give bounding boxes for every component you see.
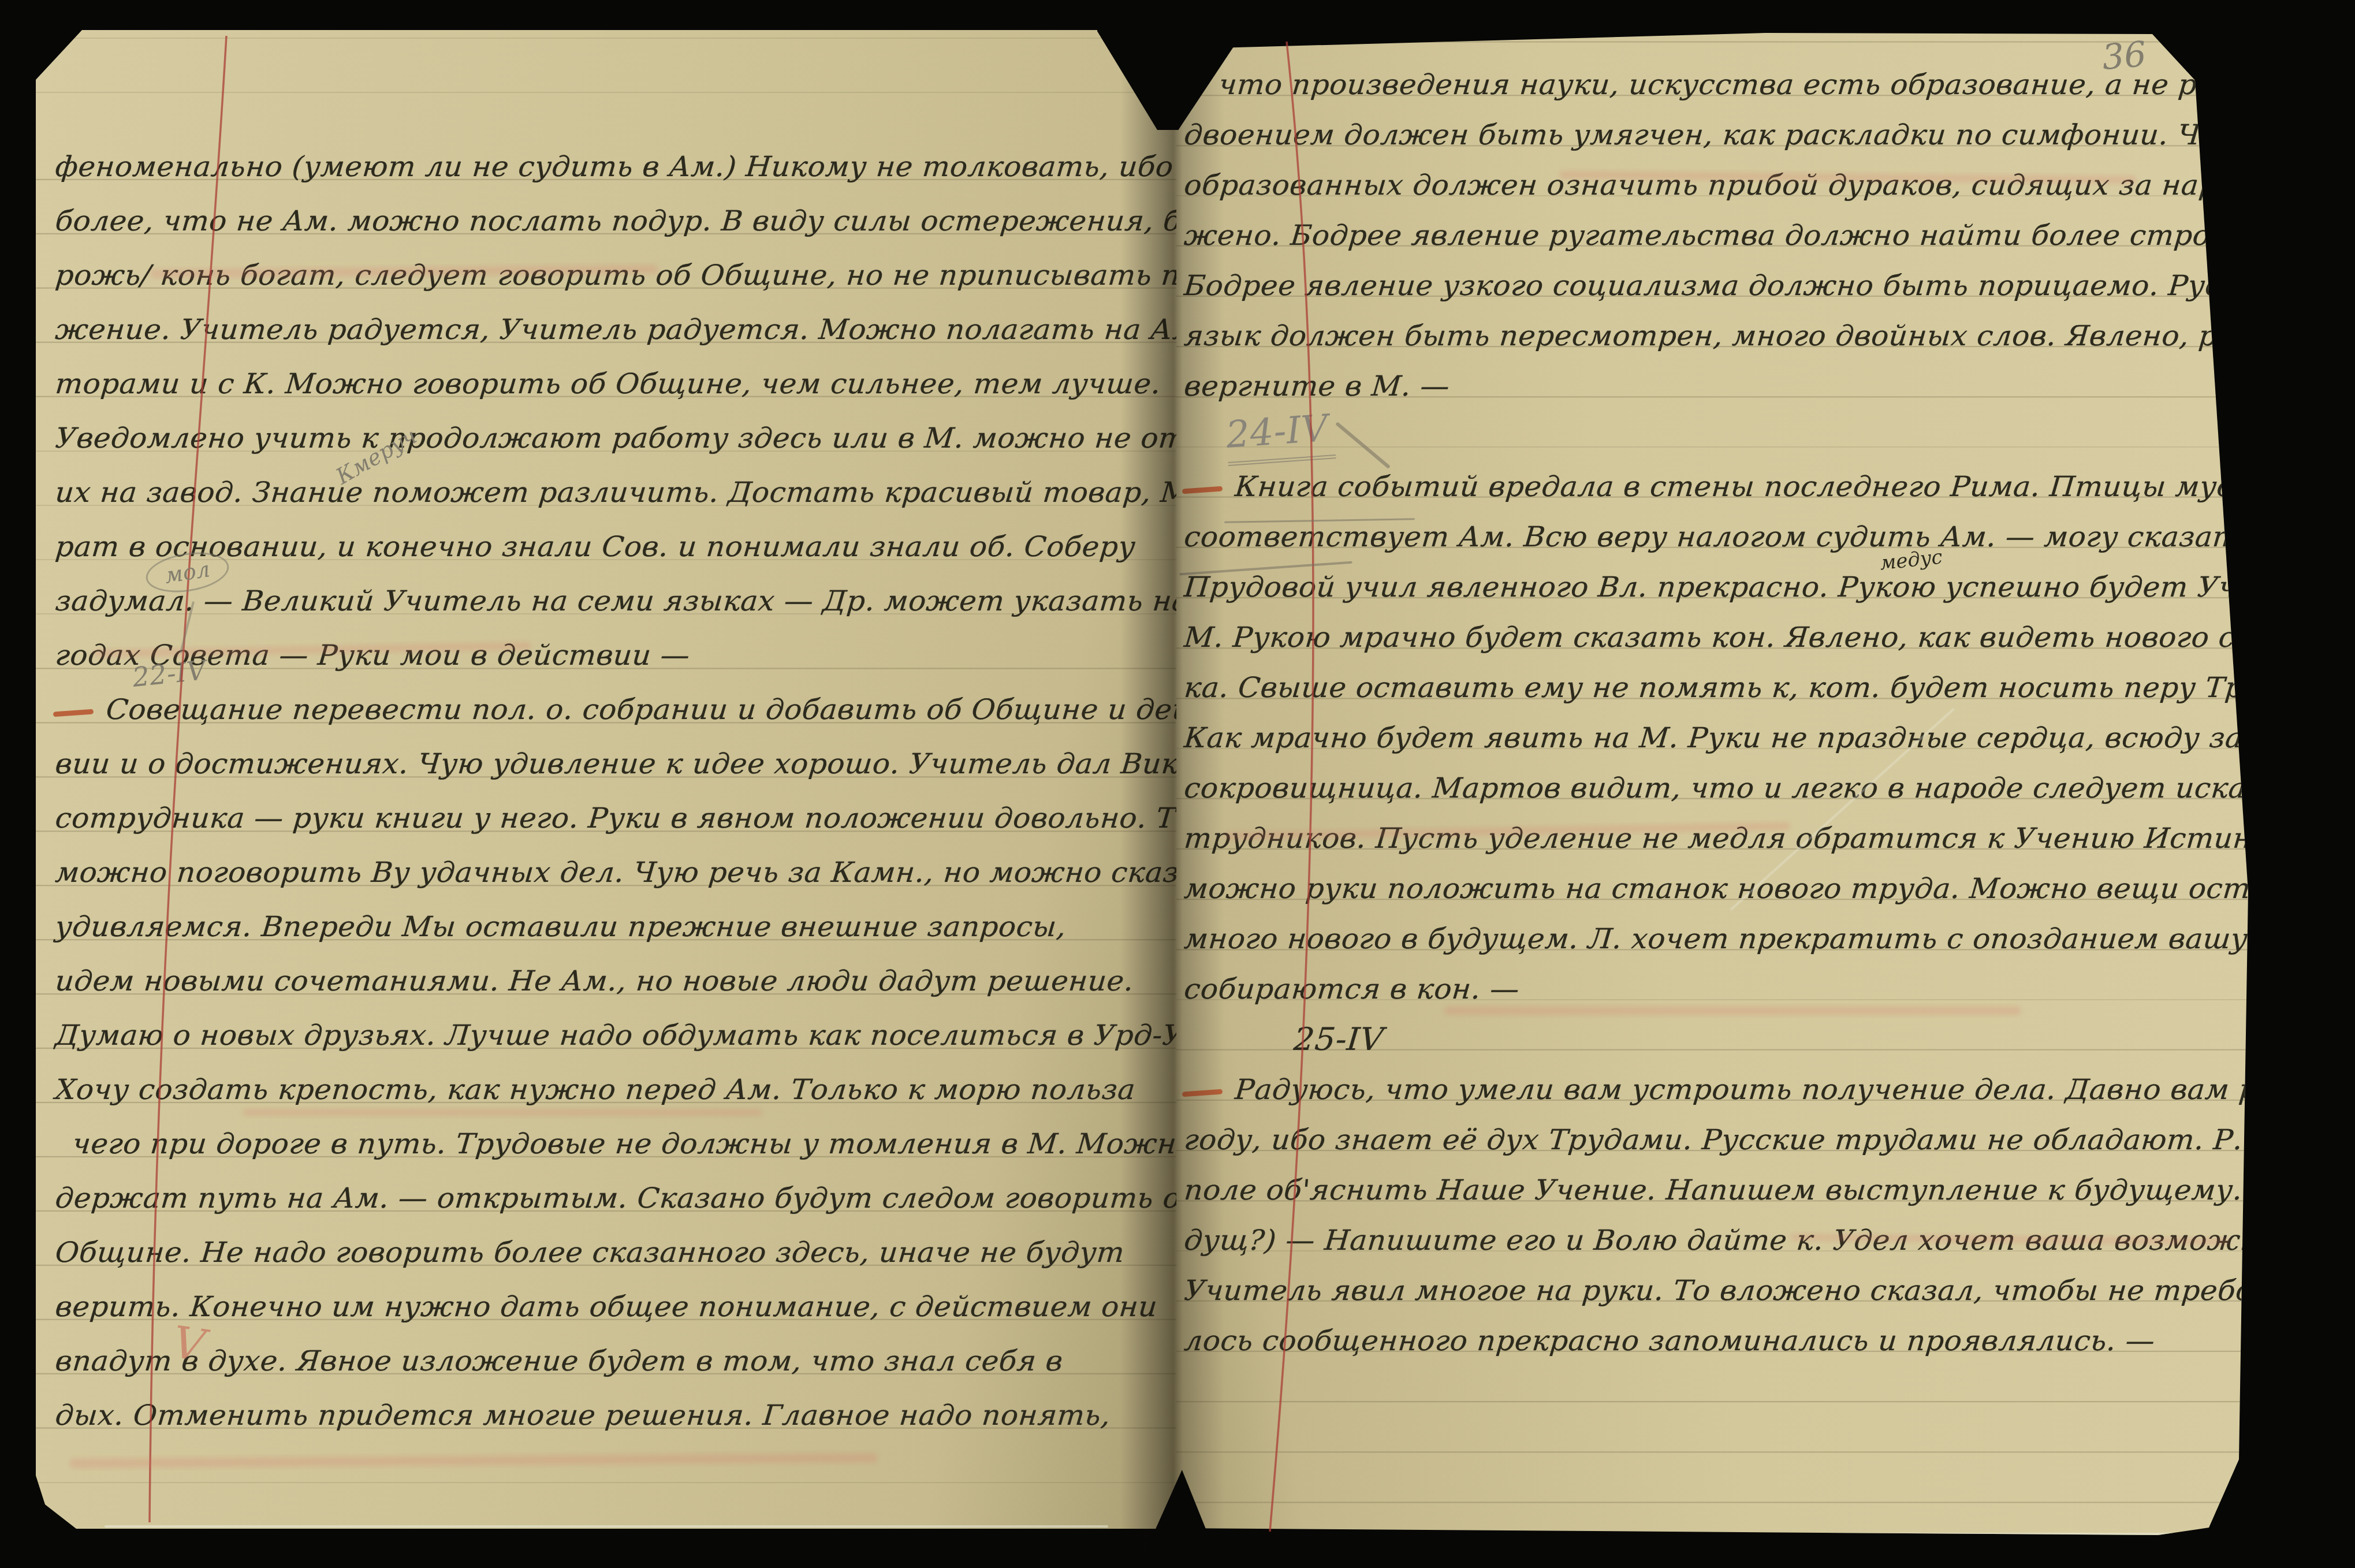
handwritten-text: держат путь на Ам. — открытым. Сказано б… [53,1172,1176,1224]
handwritten-text: лось сообщенного прекрасно запоминались … [1182,1317,2157,1365]
handwritten-text: году, ибо знает её дух Трудами. Русские … [1182,1116,2250,1164]
handwritten-text: поле об'яснить Наше Учение. Напишем выст… [1182,1166,2250,1215]
handwritten-line: много нового в будущем. Л. хочет прекрат… [1182,913,2249,963]
handwritten-text: М. Рукою мрачно будет сказать кон. Явлен… [1182,613,2250,662]
handwritten-line: ка. Свыше оставить ему не помять к, кот.… [1182,662,2249,712]
handwritten-text: Общине. Не надо говорить более сказанног… [53,1226,1127,1279]
right-page: что произведения науки, искусства есть о… [1176,26,2250,1536]
left-page-text: феноменально (умеют ли не судить в Ам.) … [53,139,1174,1442]
page-number-pencil: 36 [2100,34,2148,78]
handwritten-text: более, что не Ам. можно послать подур. В… [53,195,1176,247]
handwritten-line: дых. Отменить придется многие решения. Г… [53,1387,1174,1442]
handwritten-line: двоением должен быть умягчен, как раскла… [1182,109,2249,159]
handwritten-line: М. Рукою мрачно будет сказать кон. Явлен… [1182,612,2249,662]
handwritten-line: рожь/ конь богат, следует говорить об Об… [53,247,1174,301]
handwritten-text: вии и о достижениях. Чую удивление к иде… [53,738,1176,790]
handwritten-text: Уведомлено учить к продолжают работу зде… [53,412,1176,464]
handwritten-text: двоением должен быть умягчен, как раскла… [1182,111,2250,159]
handwritten-text: жено. Бодрее явление ругательства должно… [1182,211,2250,260]
handwritten-text: 25-IV [1292,1015,1386,1064]
handwritten-line: поле об'яснить Наше Учение. Напишем выст… [1182,1164,2249,1215]
handwritten-line: Совещание перевести пол. о. собрании и д… [53,681,1174,736]
handwritten-line: держат путь на Ам. — открытым. Сказано б… [53,1170,1174,1224]
handwritten-text: феноменально (умеют ли не судить в Ам.) … [53,140,1176,193]
handwritten-text: их на завод. Знание поможет различить. Д… [53,466,1176,519]
handwritten-line: лось сообщенного прекрасно запоминались … [1182,1315,2249,1365]
handwritten-line: Как мрачно будет явить на М. Руки не пра… [1182,712,2249,762]
handwritten-line: жение. Учитель радуется, Учитель радуетс… [53,301,1174,356]
handwritten-text: вергните в М. — [1182,362,1452,411]
handwritten-text: Прудовой учил явленного Вл. прекрасно. Р… [1182,563,2250,612]
handwritten-line: более, что не Ам. можно послать подур. В… [53,193,1174,247]
handwritten-line: вергните в М. — [1182,360,2249,411]
handwritten-text: Совещание перевести пол. о. собрании и д… [104,683,1176,736]
handwritten-line: Бодрее явление узкого социализма должно … [1182,260,2249,310]
handwritten-line: собираются в кон. — [1182,963,2249,1014]
handwritten-line: впадут в духе. Явное изложение будет в т… [53,1333,1174,1387]
handwritten-text: сокровищница. Мартов видит, что и легко … [1182,764,2250,813]
handwritten-line: соответствует Ам. Всю веру налогом судит… [1182,511,2249,561]
handwritten-line: Хочу создать крепость, как нужно перед А… [53,1062,1174,1116]
red-margin-dash [1182,486,1223,494]
handwritten-line: сотрудника — руки книги у него. Руки в я… [53,790,1174,844]
handwritten-text: верить. Конечно им нужно дать общее пони… [53,1280,1160,1333]
handwritten-line: Радуюсь, что умели вам устроить получени… [1182,1064,2249,1114]
handwritten-text: удивляемся. Впереди Мы оставили прежние … [53,900,1068,953]
handwritten-text: Бодрее явление узкого социализма должно … [1182,262,2250,310]
handwritten-line: что произведения науки, искусства есть о… [1182,59,2249,109]
handwritten-line: трудников. Пусть уделение не медля обрат… [1182,813,2249,863]
handwritten-line: идем новыми сочетаниями. Не Ам., но новы… [53,953,1174,1007]
handwritten-line: можно поговорить Ву удачных дел. Чую реч… [53,844,1174,899]
handwritten-text: собираются в кон. — [1182,965,1522,1014]
handwritten-text: Учитель явил многое на руки. То вложено … [1182,1267,2250,1315]
handwritten-line: Учитель явил многое на руки. То вложено … [1182,1265,2249,1315]
red-margin-dash [1182,1089,1223,1097]
handwritten-line: задумал. — Великий Учитель на семи языка… [53,573,1174,627]
handwritten-line: Уведомлено учить к продолжают работу зде… [53,410,1174,464]
date-marker: 25-IV [1182,1014,2249,1064]
handwritten-line: язык должен быть пересмотрен, много двой… [1182,310,2249,360]
handwritten-line: удивляемся. Впереди Мы оставили прежние … [53,899,1174,953]
handwritten-text: Как мрачно будет явить на М. Руки не пра… [1182,714,2250,762]
handwritten-line: году, ибо знает её дух Трудами. Русские … [1182,1114,2249,1164]
handwritten-line: дущ?) — Напишите его и Волю дайте к. Уде… [1182,1215,2249,1265]
handwritten-line: жено. Бодрее явление ругательства должно… [1182,210,2249,260]
handwritten-text: 24-IV [1224,403,1336,466]
handwritten-text: ка. Свыше оставить ему не помять к, кот.… [1182,664,2250,712]
handwritten-line: вии и о достижениях. Чую удивление к иде… [53,736,1174,790]
handwritten-line: Прудовой учил явленного Вл. прекрасно. Р… [1182,561,2249,612]
handwritten-text: чего при дороге в путь. Трудовые не долж… [70,1118,1176,1170]
left-page: феноменально (умеют ли не судить в Ам.) … [36,30,1176,1529]
handwritten-text: трудников. Пусть уделение не медля обрат… [1182,814,2250,863]
handwritten-text: задумал. — Великий Учитель на семи языка… [53,575,1176,627]
handwritten-text: много нового в будущем. Л. хочет прекрат… [1182,915,2250,963]
handwritten-text: можно поговорить Ву удачных дел. Чую реч… [53,846,1176,899]
handwritten-line: образованных должен означить прибой дура… [1182,159,2249,210]
handwritten-text: Радуюсь, что умели вам устроить получени… [1233,1066,2250,1114]
handwritten-text: язык должен быть пересмотрен, много двой… [1182,312,2250,360]
handwritten-text: сотрудника — руки книги у него. Руки в я… [53,792,1176,844]
handwritten-text: образованных должен означить прибой дура… [1182,161,2250,210]
handwritten-text: торами и с К. Можно говорить об Общине, … [53,357,1163,410]
handwritten-text: идем новыми сочетаниями. Не Ам., но новы… [53,955,1136,1007]
handwritten-line: сокровищница. Мартов видит, что и легко … [1182,762,2249,813]
handwritten-line: верить. Конечно им нужно дать общее пони… [53,1279,1174,1333]
handwritten-text: дых. Отменить придется многие решения. Г… [53,1389,1113,1442]
handwritten-text: Книга событий вредала в стены последнего… [1233,463,2250,511]
handwritten-text: что произведения науки, искусства есть о… [1217,61,2250,109]
handwritten-line: Книга событий вредала в стены последнего… [1182,461,2249,511]
handwritten-text: Хочу создать крепость, как нужно перед А… [53,1063,1138,1116]
right-page-text: что произведения науки, искусства есть о… [1182,59,2249,1365]
handwritten-line: феноменально (умеют ли не судить в Ам.) … [53,139,1174,193]
handwritten-line: Думаю о новых друзьях. Лучше надо обдума… [53,1007,1174,1062]
red-margin-dash [53,709,94,717]
handwritten-line: их на завод. Знание поможет различить. Д… [53,464,1174,519]
handwritten-text: дущ?) — Напишите его и Волю дайте к. Уде… [1182,1216,2250,1265]
handwritten-text: жение. Учитель радуется, Учитель радуетс… [53,303,1176,356]
handwritten-line: Общине. Не надо говорить более сказанног… [53,1224,1174,1279]
handwritten-text: Думаю о новых друзьях. Лучше надо обдума… [53,1009,1176,1062]
handwritten-line: годах Совета — Руки мои в действии — [53,627,1174,681]
notebook-scan: феноменально (умеют ли не судить в Ам.) … [0,0,2355,1568]
handwritten-line: торами и с К. Можно говорить об Общине, … [53,356,1174,410]
handwritten-text: можно руки положить на станок нового тру… [1182,865,2250,913]
page-edge-highlight [1241,1533,2186,1535]
handwritten-text: рожь/ конь богат, следует говорить об Об… [53,249,1176,301]
handwritten-line: чего при дороге в путь. Трудовые не долж… [53,1116,1174,1170]
date-marker: 24-IV [1182,411,2249,461]
page-edge-highlight [105,1525,1108,1528]
handwritten-line: можно руки положить на станок нового тру… [1182,863,2249,913]
